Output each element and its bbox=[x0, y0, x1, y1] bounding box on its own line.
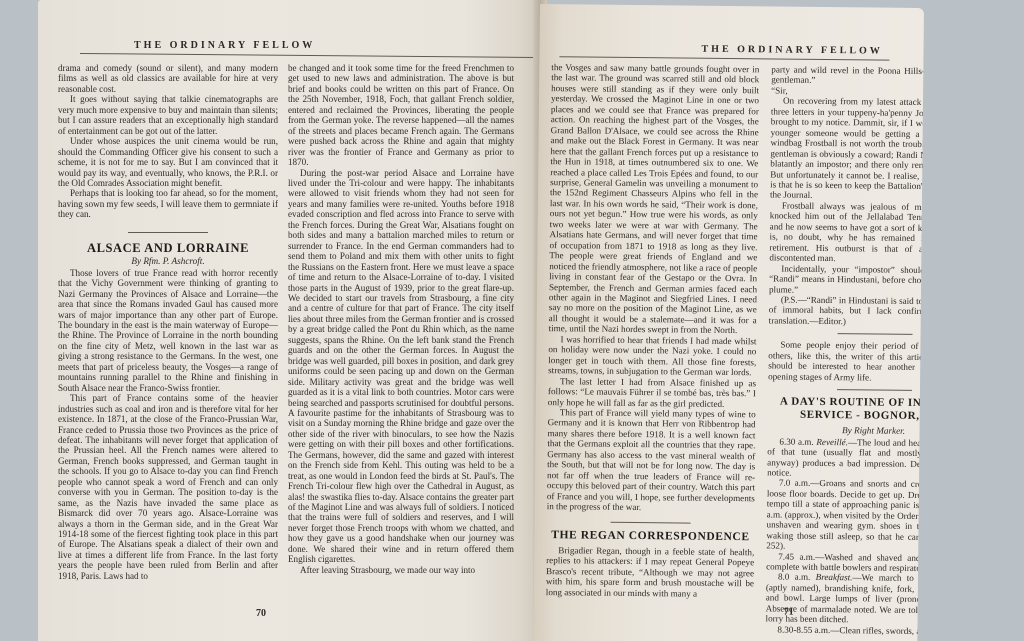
right-column-2: party and wild revel in the Poona Hills—… bbox=[765, 64, 924, 636]
routine-entry: 8.0 a.m. Breakfast.—We march to the Mess… bbox=[766, 572, 924, 626]
paragraph: This part of France contains some of the… bbox=[58, 393, 278, 581]
section-divider bbox=[128, 232, 208, 233]
paragraph: the Vosges and saw many battle grounds f… bbox=[549, 62, 760, 336]
routine-time: 8.0 a.m. bbox=[778, 572, 810, 582]
left-column-2: be changed and it took some time for the… bbox=[288, 63, 514, 575]
routine-entry: 8.30-8.55 a.m.—Clean rifles, swords, and… bbox=[765, 624, 924, 637]
page-number: 71 bbox=[784, 607, 794, 618]
routine-text: —Groans and snorts and creaks from other… bbox=[766, 478, 924, 550]
left-page: THE ORDINARY FELLOW drama and comedy (so… bbox=[38, 0, 540, 641]
routine-entry: 7.0 a.m.—Groans and snorts and creaks fr… bbox=[766, 478, 924, 553]
article-byline: By Rfm. P. Ashcroft. bbox=[58, 256, 278, 266]
running-head: THE ORDINARY FELLOW bbox=[134, 40, 315, 51]
header-rule bbox=[80, 53, 535, 58]
running-head: THE ORDINARY FELLOW bbox=[701, 44, 882, 57]
paragraph: party and wild revel in the Poona Hills—… bbox=[771, 64, 924, 87]
left-column-1: drama and comedy (sound or silent), and … bbox=[58, 63, 278, 581]
paragraph: On recovering from my latest attack of g… bbox=[770, 96, 924, 203]
routine-entry: 7.45 a.m.—Washed and shaved and fully dr… bbox=[766, 551, 924, 574]
article-title-line-2: SERVICE - BOGNOR, 1940 bbox=[768, 409, 924, 424]
routine-time: 7.45 a.m. bbox=[778, 551, 815, 561]
header-rule bbox=[559, 56, 889, 60]
paragraph: be changed and it took some time for the… bbox=[288, 63, 514, 168]
routine-text: —Clean rifles, swords, and polish bbox=[830, 625, 924, 636]
paragraph: I was horrified to hear that friends I h… bbox=[548, 334, 756, 378]
paragraph: This part of France will yield many type… bbox=[547, 407, 756, 514]
right-column-1: the Vosges and saw many battle grounds f… bbox=[546, 62, 760, 599]
paragraph: drama and comedy (sound or silent), and … bbox=[58, 63, 278, 94]
routine-entry: 6.30 a.m. Reveillé.—The loud and hearty … bbox=[767, 436, 924, 480]
paragraph: Perhaps that is looking too far ahead, s… bbox=[58, 188, 278, 219]
intro-note: Some people enjoy their period of initia… bbox=[768, 340, 924, 384]
paragraph: It goes without saying that talkie cinem… bbox=[58, 94, 278, 136]
section-divider bbox=[837, 333, 912, 335]
routine-time: 8.30-8.55 a.m. bbox=[777, 624, 830, 635]
paragraph: Those lovers of true France read with ho… bbox=[58, 268, 278, 393]
paragraph: The last letter I had from Alsace finish… bbox=[548, 376, 756, 410]
routine-label: Breakfast. bbox=[816, 572, 853, 582]
editor-note: (P.S.—“Randi” in Hindustani is said to m… bbox=[769, 294, 924, 328]
article-title: THE REGAN CORRESPONDENCE bbox=[546, 531, 754, 544]
routine-label: Reveillé. bbox=[816, 437, 848, 447]
paragraph: Brigadier Regan, though in a feeble stat… bbox=[546, 545, 755, 599]
paragraph: Incidentally, your “impostor” should enq… bbox=[769, 263, 924, 297]
article-title: ALSACE AND LORRAINE bbox=[58, 243, 278, 253]
paragraph: After leaving Strasbourg, we made our wa… bbox=[288, 565, 514, 575]
paragraph: Under whose auspices the unit cinema wou… bbox=[58, 136, 278, 188]
routine-time: 6.30 a.m. bbox=[779, 436, 813, 446]
section-divider bbox=[611, 522, 691, 524]
right-page: THE ORDINARY FELLOW the Vosges and saw m… bbox=[533, 4, 924, 641]
paragraph: Frostball always was jealous of me, ever… bbox=[769, 200, 924, 265]
routine-time: 7.0 a.m. bbox=[779, 478, 810, 488]
paragraph: During the post-war period Alsace and Lo… bbox=[288, 168, 514, 565]
section-divider bbox=[836, 389, 911, 391]
page-number: 70 bbox=[256, 608, 266, 619]
